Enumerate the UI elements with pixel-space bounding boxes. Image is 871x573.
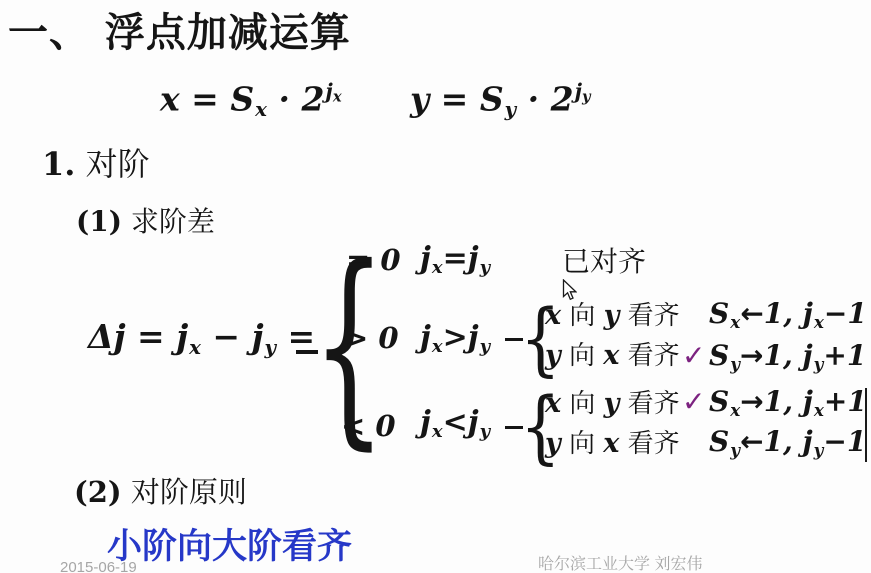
case-greater-zero: > 0	[344, 322, 399, 355]
branch-var: x	[545, 300, 561, 331]
formula-x-exponent: jx	[325, 79, 341, 103]
checkmark-icon: ✓	[682, 386, 709, 418]
formula-x-exp-sub: x	[333, 89, 342, 106]
formula-x-mantissa: S	[230, 79, 254, 118]
note-already-aligned: 已对齐	[562, 246, 646, 278]
branch-align: 看齐	[619, 301, 679, 331]
formula-x: x = Sx · 2jx	[160, 80, 342, 121]
expr-jx-eq-jy: jx=jy	[420, 242, 490, 279]
res-j: j	[803, 297, 813, 330]
expr3-j1-sub: x	[432, 421, 443, 442]
slide-title: 一、 浮点加减运算	[8, 10, 351, 56]
subheading-number: (2)	[74, 475, 122, 509]
result-r3a: ✓Sx→1, jx+1	[682, 386, 867, 420]
result-r2a: Sx←1, jx−1	[682, 298, 867, 332]
footer-credit: 哈尔滨工业大学 刘宏伟	[538, 556, 702, 573]
res-S: S	[709, 425, 729, 458]
formula-y-mantissa-sub: y	[505, 97, 517, 121]
delta-minus: −	[201, 317, 252, 356]
res-j: j	[802, 425, 812, 458]
res-j-sub: y	[814, 354, 824, 374]
expr2-j2: j	[468, 320, 479, 355]
res-S-sub: y	[730, 354, 740, 374]
branch-var: y	[545, 340, 561, 371]
delta-jx-sub: x	[189, 335, 201, 359]
delta-jy: j	[252, 317, 264, 356]
res-delta: +1	[823, 339, 866, 372]
formula-y-var: y	[410, 79, 429, 118]
res-S-sub: x	[730, 400, 740, 420]
result-r3b: Sy←1, jy−1	[682, 426, 866, 460]
branch-toward: 向	[561, 389, 604, 419]
branch-r2-line2: y 向 x 看齐	[545, 340, 680, 372]
arrow-left-icon: ←	[740, 425, 763, 458]
branch-var: x	[603, 428, 619, 459]
res-delta: −1	[823, 425, 866, 458]
delta-symbol: Δj	[88, 317, 126, 356]
res-S: S	[709, 339, 729, 372]
subheading-text: 求阶差	[122, 205, 215, 238]
delta-j-equation: Δj = jx − jy =	[88, 318, 315, 358]
result-r2b: ✓Sy→1, jy+1	[682, 340, 866, 374]
expr1-j1: j	[420, 241, 431, 276]
principle-statement: 小阶向大阶看齐	[107, 527, 352, 567]
subheading-text: 对阶原则	[122, 475, 247, 509]
expr3-j1: j	[420, 405, 431, 440]
expr3-j2-sub: y	[480, 421, 490, 442]
expr1-op: =	[443, 241, 468, 276]
expr1-j2-sub: y	[480, 257, 490, 278]
delta-jy-sub: y	[265, 335, 277, 359]
expr-jx-lt-jy: jx<jy	[420, 406, 490, 443]
delta-jx: j	[176, 317, 188, 356]
res-j-sub: x	[814, 400, 824, 420]
formula-x-exp-j: j	[325, 79, 332, 103]
formula-y-exponent: jy	[575, 79, 591, 103]
branch-var: y	[604, 388, 620, 419]
formula-y-base: 2	[551, 79, 574, 118]
right-edge-line	[865, 388, 867, 462]
formula-y-mantissa: S	[480, 79, 504, 118]
footer-date: 2015-06-19	[60, 559, 137, 573]
branch-align: 看齐	[619, 341, 679, 371]
subheading-number: (1)	[76, 205, 122, 238]
res-S: S	[709, 385, 729, 418]
expr2-j1-sub: x	[432, 336, 443, 357]
res-j: j	[803, 385, 813, 418]
checkmark-icon: ✓	[682, 340, 709, 372]
arrow-right-icon: →	[740, 339, 763, 372]
formula-x-dot: ·	[267, 79, 301, 118]
formula-x-base: 2	[301, 79, 324, 118]
branch-r3-line1: x 向 y 看齐	[545, 388, 680, 420]
formula-x-mantissa-sub: x	[255, 97, 267, 121]
expr2-op: >	[443, 320, 468, 355]
case-less-zero: < 0	[341, 410, 396, 443]
expr3-j2: j	[468, 405, 479, 440]
expr3-op: <	[443, 405, 468, 440]
res-one: 1,	[764, 297, 803, 330]
expr2-j2-sub: y	[480, 336, 490, 357]
subheading-alignment-principle: (2) 对阶原则	[74, 476, 247, 509]
res-one: 1,	[764, 385, 803, 418]
res-one: 1,	[763, 425, 802, 458]
branch-r2-line1: x 向 y 看齐	[545, 300, 680, 332]
branch-align: 看齐	[619, 389, 679, 419]
res-S-sub: x	[730, 312, 740, 332]
arrow-right-icon: →	[740, 385, 763, 418]
subheading-exponent-difference: (1) 求阶差	[76, 206, 215, 238]
formula-x-eq: =	[180, 79, 231, 118]
heading-text: 对阶	[75, 145, 149, 183]
res-j-sub: x	[814, 312, 824, 332]
branch-toward: 向	[561, 341, 604, 371]
res-S: S	[709, 297, 729, 330]
heading-number: 1.	[42, 145, 75, 183]
formula-x-var: x	[160, 79, 180, 118]
branch-r3-line2: y 向 x 看齐	[545, 428, 680, 460]
branch-var: x	[603, 340, 619, 371]
delta-eq1: =	[126, 317, 177, 356]
arrow-left-icon: ←	[740, 297, 763, 330]
formula-y-exp-j: j	[575, 79, 582, 103]
expr-jx-gt-jy: jx>jy	[420, 321, 490, 358]
res-j: j	[802, 339, 812, 372]
formula-y-exp-sub: y	[582, 89, 591, 106]
branch-var: y	[545, 428, 561, 459]
res-S-sub: y	[730, 440, 740, 460]
res-j-sub: y	[814, 440, 824, 460]
expr1-j2: j	[468, 241, 479, 276]
formula-y-eq: =	[429, 79, 480, 118]
branch-toward: 向	[561, 429, 604, 459]
res-delta: +1	[824, 385, 867, 418]
case-equal-zero: = 0	[346, 244, 401, 277]
branch-toward: 向	[561, 301, 604, 331]
formula-y-dot: ·	[516, 79, 550, 118]
expr2-j1: j	[420, 320, 431, 355]
slide: 一、 浮点加减运算 x = Sx · 2jx y = Sy · 2jy 1. 对…	[0, 0, 871, 573]
heading-align-exponents: 1. 对阶	[42, 146, 150, 183]
branch-align: 看齐	[619, 429, 679, 459]
branch-var: y	[604, 300, 620, 331]
formula-y: y = Sy · 2jy	[410, 80, 591, 121]
res-delta: −1	[824, 297, 867, 330]
branch-var: x	[545, 388, 561, 419]
res-one: 1,	[763, 339, 802, 372]
mouse-cursor-icon	[562, 279, 577, 302]
expr1-j1-sub: x	[432, 257, 443, 278]
